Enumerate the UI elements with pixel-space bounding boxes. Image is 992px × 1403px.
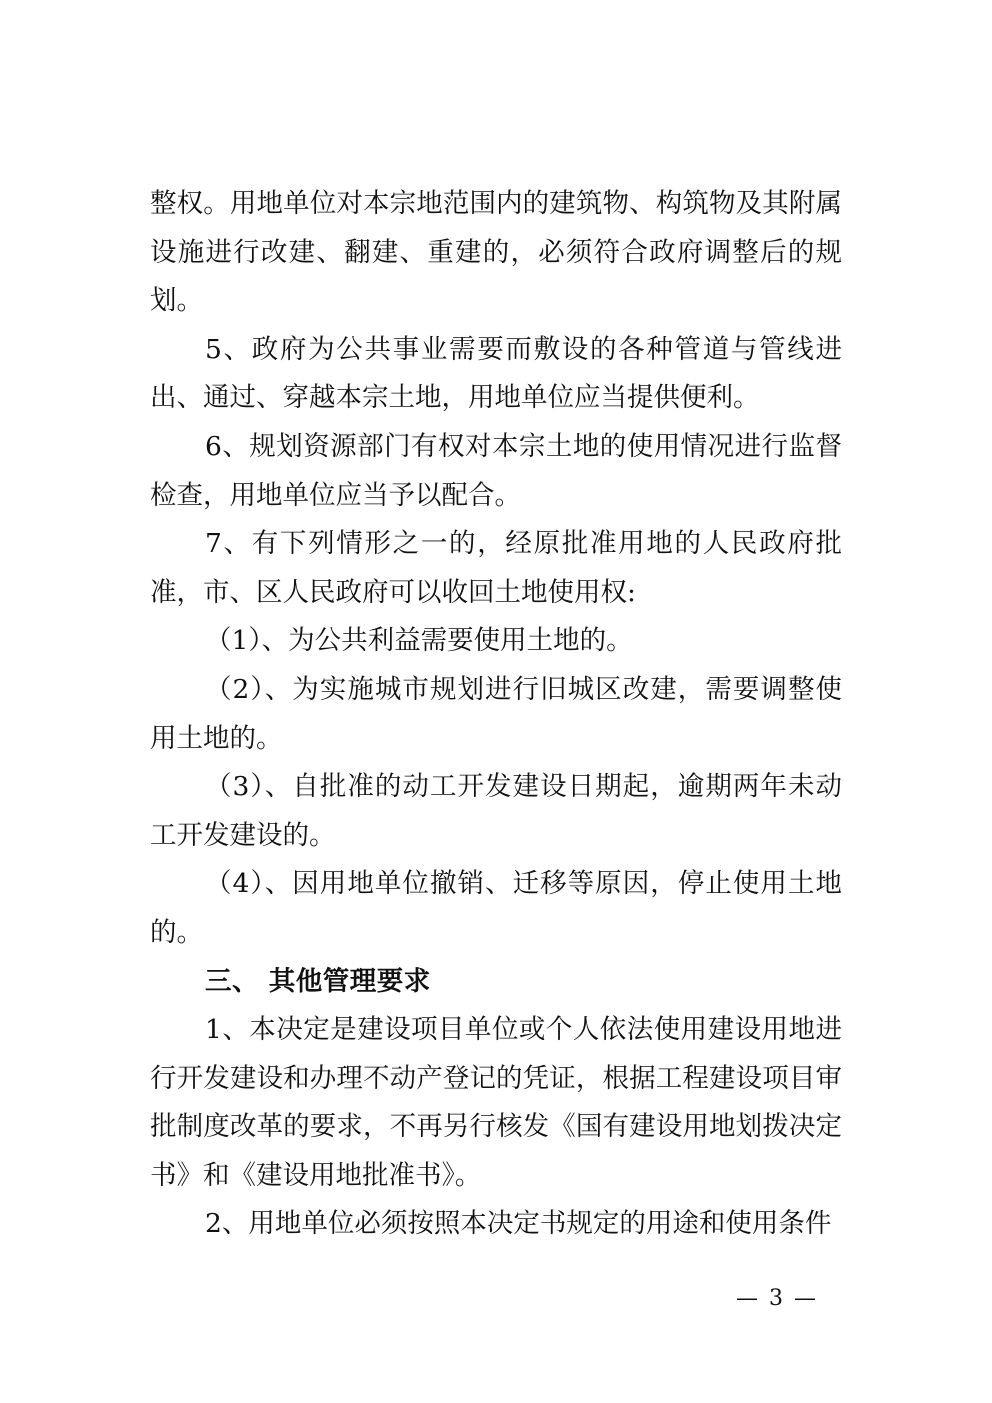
- paragraph-subitem-4: （4）、因用地单位撤销、迁移等原因，停止使用土地的。: [150, 860, 842, 957]
- page-number: — 3 —: [732, 1286, 822, 1311]
- paragraph-subitem-1: （1）、为公共利益需要使用土地的。: [150, 617, 842, 666]
- paragraph-continuation: 整权。用地单位对本宗地范围内的建筑物、构筑物及其附属设施进行改建、翻建、重建的，…: [150, 180, 842, 326]
- paragraph-item-5: 5、政府为公共事业需要而敷设的各种管道与管线进出、通过、穿越本宗土地，用地单位应…: [150, 326, 842, 423]
- document-body: 整权。用地单位对本宗地范围内的建筑物、构筑物及其附属设施进行改建、翻建、重建的，…: [150, 180, 842, 1249]
- paragraph-item-6: 6、规划资源部门有权对本宗土地的使用情况进行监督检查，用地单位应当予以配合。: [150, 423, 842, 520]
- paragraph-subitem-3: （3）、自批准的动工开发建设日期起，逾期两年未动工开发建设的。: [150, 763, 842, 860]
- paragraph-item-1: 1、本决定是建设项目单位或个人依法使用建设用地进行开发建设和办理不动产登记的凭证…: [150, 1006, 842, 1200]
- paragraph-item-7: 7、有下列情形之一的，经原批准用地的人民政府批准，市、区人民政府可以收回土地使用…: [150, 520, 842, 617]
- paragraph-subitem-2: （2）、为实施城市规划进行旧城区改建，需要调整使用土地的。: [150, 666, 842, 763]
- paragraph-item-2: 2、用地单位必须按照本决定书规定的用途和使用条件: [150, 1200, 842, 1249]
- section-heading: 三、 其他管理要求: [150, 958, 842, 1007]
- document-page: 整权。用地单位对本宗地范围内的建筑物、构筑物及其附属设施进行改建、翻建、重建的，…: [0, 0, 992, 1403]
